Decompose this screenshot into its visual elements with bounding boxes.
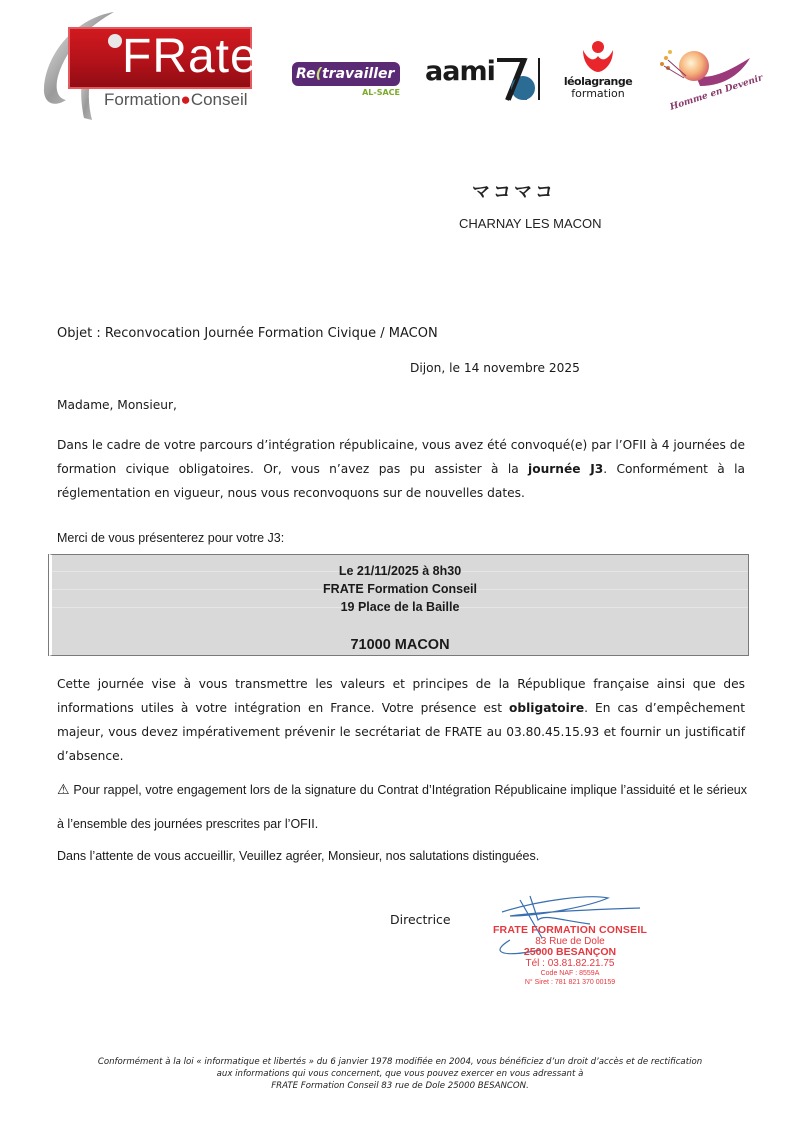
company-stamp: FRATE FORMATION CONSEIL 83 Rue de Dole 2… — [480, 890, 650, 995]
retravailler-prefix: Re — [296, 66, 316, 82]
frate-logo: FRate Formation●Conseil — [36, 8, 260, 126]
stamp-siret: N° Siret : 781 821 370 00159 — [492, 978, 648, 987]
reminder-paragraph: ⚠ Pour rappel, votre engagement lors de … — [57, 772, 747, 841]
retravailler-pill: Re(travailler — [292, 62, 400, 86]
retravailler-logo: Re(travailler AL-SACE — [292, 62, 402, 104]
stamp-phone: Tél : 03.81.82.21.75 — [492, 958, 648, 969]
footer-line-3: FRATE Formation Conseil 83 rue de Dole 2… — [50, 1080, 750, 1092]
recipient-name: マコマコ — [472, 178, 556, 204]
warning-icon: ⚠ — [57, 781, 70, 797]
paragraph-absence-bold: journée J3 — [528, 462, 603, 476]
paragraph-presence: Cette journée vise à vous transmettre le… — [57, 672, 745, 768]
frate-subtitle: Formation●Conseil — [104, 90, 248, 110]
frate-subtitle-right: Conseil — [191, 90, 248, 109]
footer-line-2: aux informations qui vous concernent, qu… — [50, 1068, 750, 1080]
legal-footer: Conformément à la loi « informatique et … — [50, 1056, 750, 1092]
aami-logo: aami — [425, 56, 540, 102]
aami-seven-icon — [493, 56, 541, 102]
stamp-city: 25000 BESANÇON — [492, 947, 648, 958]
recipient-city: CHARNAY LES MACON — [459, 216, 602, 231]
paragraph-absence: Dans le cadre de votre parcours d’intégr… — [57, 433, 745, 505]
frate-red-dot: ● — [181, 90, 191, 109]
stamp-text: FRATE FORMATION CONSEIL 83 Rue de Dole 2… — [492, 924, 648, 987]
convocation-organisation: FRATE Formation Conseil — [52, 582, 748, 596]
aami-wordmark: aami — [425, 56, 495, 87]
letter-salutation: Madame, Monsieur, — [57, 398, 177, 412]
frate-subtitle-left: Formation — [104, 90, 181, 109]
convocation-address: 19 Place de la Baille — [52, 600, 748, 614]
letter-subject: Objet : Reconvocation Journée Formation … — [57, 326, 438, 341]
footer-line-1: Conformément à la loi « informatique et … — [50, 1056, 750, 1068]
leo-lagrange-line2: formation — [571, 87, 624, 100]
retravailler-main: travailler — [322, 66, 394, 82]
convocation-intro: Merci de vous présenterez pour votre J3: — [57, 531, 284, 545]
convocation-datetime: Le 21/11/2025 à 8h30 — [52, 564, 748, 578]
homme-en-devenir-logo: Homme en Devenir — [656, 46, 752, 112]
signatory-title: Directrice — [390, 912, 451, 927]
stamp-company: FRATE FORMATION CONSEIL — [492, 924, 648, 936]
convocation-city: 71000 MACON — [52, 637, 748, 653]
retravailler-subtitle: AL-SACE — [362, 88, 400, 97]
leo-lagrange-logo: léolagrange formation — [558, 38, 638, 104]
leo-lagrange-text: léolagrange formation — [558, 76, 638, 100]
stamp-naf: Code NAF : 8559A — [492, 969, 648, 978]
paragraph-presence-bold: obligatoire — [509, 701, 584, 715]
reminder-text: Pour rappel, votre engagement lors de la… — [57, 783, 747, 831]
leo-lagrange-flower-icon — [580, 38, 616, 74]
letter-date: Dijon, le 14 novembre 2025 — [410, 361, 580, 375]
convocation-box: Le 21/11/2025 à 8h30 FRATE Formation Con… — [49, 554, 749, 656]
frate-wordmark: FRate — [122, 26, 258, 88]
closing-line: Dans l’attente de vous accueillir, Veuil… — [57, 849, 539, 863]
